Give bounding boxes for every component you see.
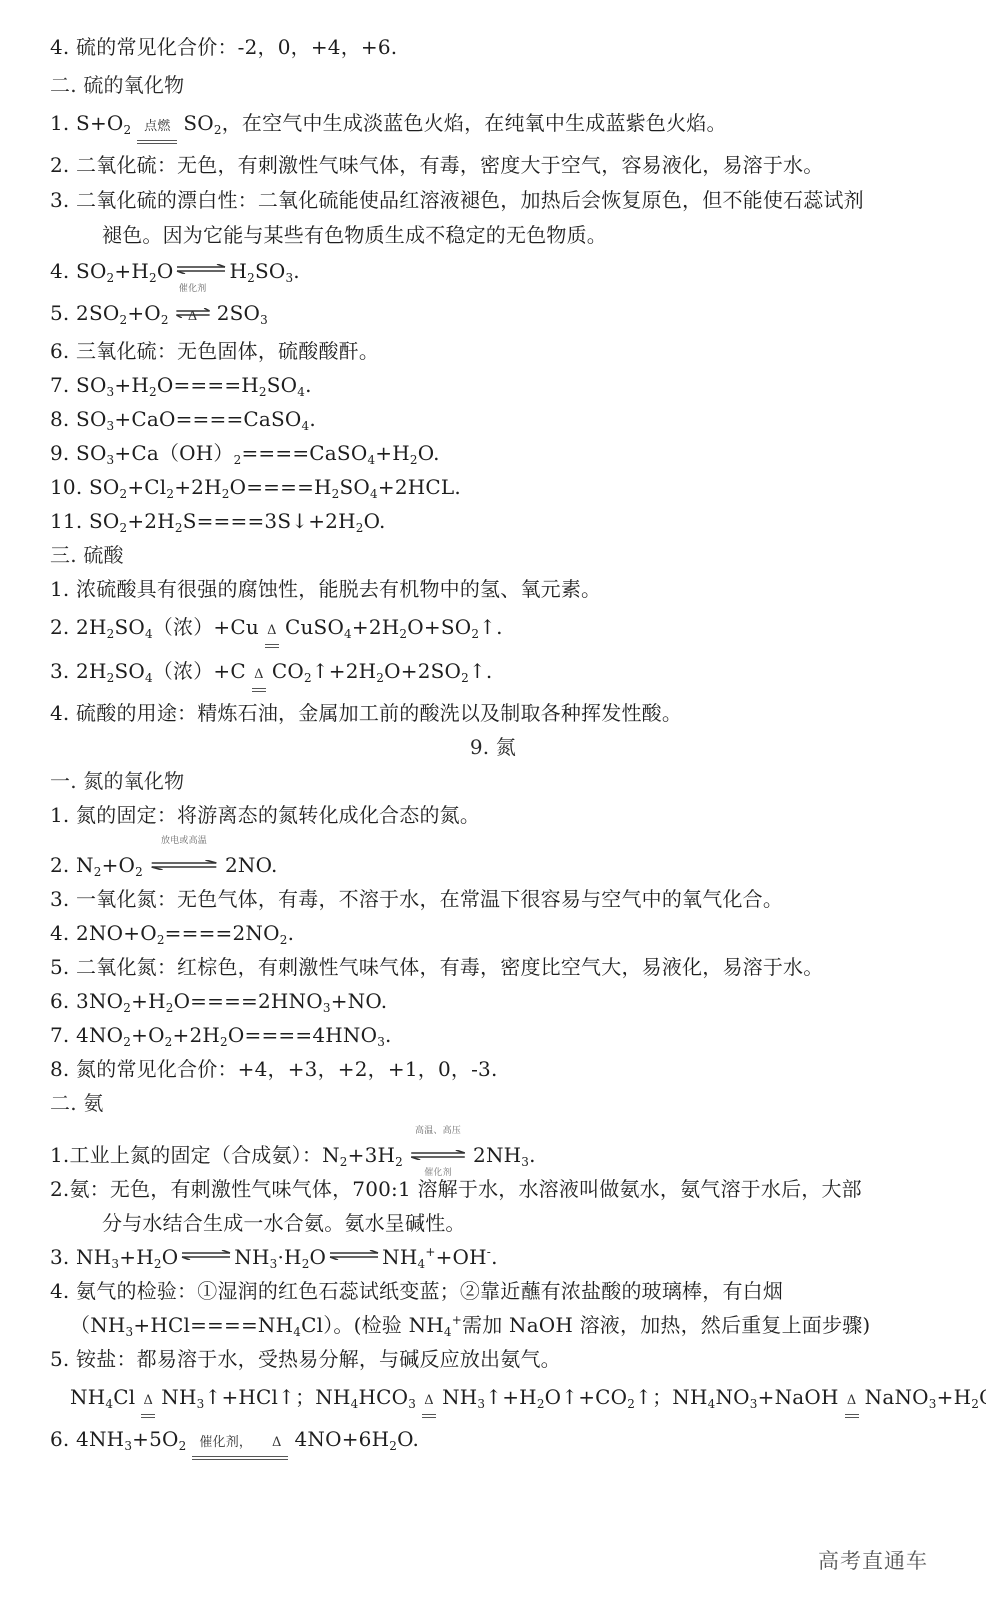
subscript: 3	[124, 1439, 132, 1453]
text-segment: （浓）+C	[153, 659, 246, 683]
subscript: 4	[105, 1397, 113, 1411]
text-segment: O	[162, 1245, 179, 1269]
text-segment: H	[229, 259, 247, 283]
text-segment: +H	[375, 441, 410, 465]
text-line-n-ox-1: 1. 氮的固定：将游离态的氮转化成化合态的氮。	[50, 802, 926, 828]
equals-sign-icon	[141, 1414, 155, 1418]
text-segment: +H	[114, 373, 149, 397]
equals-sign-icon	[252, 688, 266, 692]
text-segment: NH	[70, 1385, 105, 1409]
text-segment: 4. 2NO+O	[50, 921, 157, 945]
text-segment: NH	[382, 1245, 417, 1269]
text-segment: +NO.	[331, 989, 388, 1013]
text-line-s-ox-5: 5. 2SO2+O2催化剂Δ2SO3	[50, 300, 926, 330]
subscript: 2	[356, 521, 364, 535]
condition-top-label: 高温、高压	[407, 1126, 469, 1136]
subscript: 2	[340, 1155, 348, 1169]
text-segment: +O	[102, 853, 136, 877]
text-segment: O	[157, 259, 174, 283]
text-segment: Cl）。(检验 NH	[301, 1313, 444, 1337]
text-segment: ↑.	[469, 659, 493, 683]
reversible-arrow-icon	[175, 264, 227, 274]
text-line-am-5b: NH4ClΔNH3↑+HCl↑；NH4HCO3ΔNH3↑+H2O↑+CO2↑；N…	[70, 1384, 926, 1414]
text-segment: 2. 2H	[50, 615, 107, 639]
reaction-condition: Δ	[250, 658, 268, 688]
text-line-s-ox-3: 3. 二氧化硫的漂白性：二氧化硫能使品红溶液褪色，加热后会恢复原色，但不能使石蕊…	[50, 187, 926, 213]
subscript: 4	[293, 1325, 301, 1339]
text-line-s-ox-8: 8. SO3+CaO====CaSO4.	[50, 406, 926, 432]
text-segment: Cl	[113, 1385, 135, 1409]
text-segment: ↑+H	[485, 1385, 537, 1409]
text-segment: +H	[114, 259, 149, 283]
text-segment: O====4HNO	[228, 1023, 377, 1047]
subscript: 2	[461, 671, 469, 685]
subscript: 2	[220, 1035, 228, 1049]
subscript: 3	[750, 1397, 758, 1411]
subscript: 3	[377, 1035, 385, 1049]
text-segment: 2NO.	[225, 853, 278, 877]
text-line-s-ox-7: 7. SO3+H2O====H2SO4.	[50, 372, 926, 398]
text-line-n-ox-5: 5. 二氧化氮：红棕色，有刺激性气味气体，有毒，密度比空气大，易液化，易溶于水。	[50, 954, 926, 980]
subscript: 2	[304, 671, 312, 685]
subscript: 4	[370, 487, 378, 501]
text-segment: 11. SO	[50, 509, 119, 533]
text-segment: .	[288, 921, 295, 945]
text-segment: SO	[267, 373, 298, 397]
text-segment: 2.氨：无色，有刺激性气味气体，700:1 溶解于水，水溶液叫做氨水，氨气溶于水…	[50, 1177, 862, 1201]
text-segment: 5. 二氧化氮：红棕色，有刺激性气味气体，有毒，密度比空气大，易液化，易溶于水。	[50, 955, 823, 979]
subscript: 2	[971, 1397, 979, 1411]
text-segment: 一. 氮的氧化物	[50, 769, 184, 793]
subscript: 2	[537, 1397, 545, 1411]
text-segment: O+2SO	[384, 659, 461, 683]
text-segment: +2H	[173, 1023, 221, 1047]
text-segment: 分与水结合生成一水合氨。氨水呈碱性。	[102, 1211, 466, 1235]
text-line-s-valence: 4. 硫的常见化合价：-2，0，+4，+6.	[50, 34, 926, 60]
subscript: 3	[323, 1001, 331, 1015]
subscript: 2	[154, 1257, 162, 1271]
subscript: 2	[410, 453, 418, 467]
superscript: +	[425, 1245, 435, 1259]
text-segment: O↑+CO	[545, 1385, 628, 1409]
text-line-n-ox-6: 6. 3NO2+H2O====2HNO3+NO.	[50, 988, 926, 1014]
subscript: 2	[161, 313, 169, 327]
subscript: 2	[627, 1397, 635, 1411]
reaction-condition: Δ	[843, 1384, 861, 1414]
text-segment: ↑.	[479, 615, 503, 639]
text-line-s-ox-2: 2. 二氧化硫：无色，有刺激性气味气体，有毒，密度大于空气，容易液化，易溶于水。	[50, 152, 926, 178]
text-segment: 8. 氮的常见化合价：+4，+3，+2，+1，0，-3.	[50, 1057, 498, 1081]
text-segment: .	[491, 1245, 498, 1269]
text-segment: O+SO	[407, 615, 471, 639]
text-segment: +O	[127, 301, 161, 325]
text-line-am-2b: 分与水结合生成一水合氨。氨水呈碱性。	[102, 1210, 926, 1236]
watermark: 高考直通车	[818, 1545, 928, 1575]
text-segment: SO	[255, 259, 286, 283]
subscript: 3	[929, 1397, 937, 1411]
subscript: 2	[135, 865, 143, 879]
text-line-s-acid-4: 4. 硫酸的用途：精炼石油，金属加工前的酸洗以及制取各种挥发性酸。	[50, 700, 926, 726]
subscript: 3	[521, 1155, 529, 1169]
reaction-condition: Δ	[139, 1384, 157, 1414]
reaction-condition: 催化剂， Δ	[190, 1426, 290, 1456]
text-line-n-oxides-heading: 一. 氮的氧化物	[50, 768, 926, 794]
text-segment: O.	[364, 509, 386, 533]
text-line-s-ox-6: 6. 三氧化硫：无色固体，硫酸酸酐。	[50, 338, 926, 364]
text-segment: +2H	[127, 509, 175, 533]
text-segment: 二. 氨	[50, 1091, 104, 1115]
text-segment: 1. 氮的固定：将游离态的氮转化成化合态的氮。	[50, 803, 480, 827]
text-segment: ，在空气中生成淡蓝色火焰，在纯氧中生成蓝紫色火焰。	[222, 111, 727, 135]
subscript: 2	[124, 123, 132, 137]
text-segment: .	[385, 1023, 392, 1047]
text-segment: ====2NO	[165, 921, 280, 945]
text-segment: 4. 氨气的检验：①湿润的红色石蕊试纸变蓝；②靠近蘸有浓盐酸的玻璃棒，有白烟	[50, 1279, 783, 1303]
subscript: 4	[344, 627, 352, 641]
text-line-s-ox-4: 4. SO2+H2OH2SO3.	[50, 258, 926, 284]
text-line-n-ox-7: 7. 4NO2+O2+2H2O====4HNO3.	[50, 1022, 926, 1048]
text-line-am-1: 1.工业上氮的固定（合成氨）：N2+3H2高温、高压催化剂2NH3.	[50, 1142, 926, 1168]
subscript: 3	[260, 313, 268, 327]
text-segment: HCO	[358, 1385, 408, 1409]
subscript: 2	[94, 865, 102, 879]
text-segment: O====H	[157, 373, 259, 397]
text-segment: 6. 4NH	[50, 1427, 124, 1451]
superscript: +	[452, 1313, 462, 1327]
condition-label: 催化剂， Δ	[199, 1435, 281, 1450]
text-segment: +CaO====CaSO	[114, 407, 301, 431]
subscript: 2	[395, 1155, 403, 1169]
text-segment: O====2HNO	[174, 989, 323, 1013]
text-segment: 6. 3NO	[50, 989, 123, 1013]
equals-sign-icon	[422, 1414, 436, 1418]
subscript: 2	[149, 385, 157, 399]
text-line-am-2: 2.氨：无色，有刺激性气味气体，700:1 溶解于水，水溶液叫做氨水，氨气溶于水…	[50, 1176, 926, 1202]
reversible-arrow-icon	[328, 1250, 380, 1260]
text-segment: 6. 三氧化硫：无色固体，硫酸酸酐。	[50, 339, 379, 363]
text-segment: +O	[131, 1023, 165, 1047]
text-segment: O+NH	[979, 1385, 986, 1409]
text-segment: 3. 二氧化硫的漂白性：二氧化硫能使品红溶液褪色，加热后会恢复原色，但不能使石蕊…	[50, 188, 864, 212]
text-segment: 3. 一氧化氮：无色气体，有毒，不溶于水，在常温下很容易与空气中的氧气化合。	[50, 887, 783, 911]
text-line-s-ox-1: 1. S+O2点燃SO2，在空气中生成淡蓝色火焰，在纯氧中生成蓝紫色火焰。	[50, 110, 926, 140]
document-page: 4. 硫的常见化合价：-2，0，+4，+6.二. 硫的氧化物1. S+O2点燃S…	[0, 0, 986, 1619]
text-segment: S====3S↓+2H	[183, 509, 356, 533]
text-segment: +2H	[352, 615, 400, 639]
text-line-s-oxides-heading: 二. 硫的氧化物	[50, 72, 926, 98]
text-line-n-title: 9. 氮	[0, 734, 986, 760]
subscript: 2	[247, 271, 255, 285]
reversible-arrow-icon	[180, 1250, 232, 1260]
text-segment: ====CaSO	[241, 441, 367, 465]
text-line-n-ox-3: 3. 一氧化氮：无色气体，有毒，不溶于水，在常温下很容易与空气中的氧气化合。	[50, 886, 926, 912]
text-segment: 10. SO	[50, 475, 119, 499]
text-segment: NO	[715, 1385, 749, 1409]
text-segment: +H	[131, 989, 166, 1013]
subscript: 2	[157, 933, 165, 947]
text-segment: NH	[442, 1385, 477, 1409]
text-line-s-acid-1: 1. 浓硫酸具有很强的腐蚀性，能脱去有机物中的氢、氧元素。	[50, 576, 926, 602]
reaction-condition: 催化剂Δ	[173, 300, 213, 330]
text-line-am-4b: （NH3+HCl====NH4Cl）。(检验 NH4+需加 NaOH 溶液，加热…	[70, 1312, 926, 1338]
equals-sign-icon	[192, 1456, 288, 1460]
text-segment: +5O	[132, 1427, 178, 1451]
subscript: 2	[149, 271, 157, 285]
condition-label: Δ	[267, 623, 277, 638]
text-segment: .	[293, 259, 300, 283]
text-line-s-acid-heading: 三. 硫酸	[50, 542, 926, 568]
text-segment: 8. SO	[50, 407, 107, 431]
text-segment: ·H	[277, 1245, 301, 1269]
text-segment: 2NH	[473, 1143, 521, 1167]
text-line-am-5: 5. 铵盐：都易溶于水，受热易分解，与碱反应放出氨气。	[50, 1346, 926, 1372]
text-line-n-ox-4: 4. 2NO+O2====2NO2.	[50, 920, 926, 946]
text-segment: （浓）+Cu	[153, 615, 259, 639]
equals-sign-icon	[265, 644, 279, 648]
reversible-arrow-icon	[409, 1150, 467, 1160]
text-segment: SO	[114, 659, 145, 683]
text-line-n-ox-8: 8. 氮的常见化合价：+4，+3，+2，+1，0，-3.	[50, 1056, 926, 1082]
condition-label: Δ	[424, 1393, 434, 1408]
text-segment: 7. 4NO	[50, 1023, 123, 1047]
subscript: 2	[332, 487, 340, 501]
subscript: 2	[123, 1035, 131, 1049]
text-segment: +Ca（OH）	[114, 441, 233, 465]
text-line-n-ox-2: 2. N2+O2放电或高温2NO.	[50, 852, 926, 878]
text-segment: SO	[114, 615, 145, 639]
subscript: 2	[302, 1257, 310, 1271]
subscript: 2	[222, 487, 230, 501]
subscript: 4	[145, 627, 153, 641]
text-line-s-ox-11: 11. SO2+2H2S====3S↓+2H2O.	[50, 508, 926, 534]
text-segment: 9. SO	[50, 441, 107, 465]
condition-label: Δ	[254, 667, 264, 682]
text-segment: O====H	[230, 475, 332, 499]
text-segment: 需加 NaOH 溶液，加热，然后重复上面步骤)	[462, 1313, 870, 1337]
text-segment: +3H	[348, 1143, 396, 1167]
subscript: 2	[166, 1001, 174, 1015]
text-segment: +2H	[174, 475, 222, 499]
text-segment: NH	[161, 1385, 196, 1409]
text-segment: 1.工业上氮的固定（合成氨）：N	[50, 1143, 340, 1167]
reaction-condition: Δ	[263, 614, 281, 644]
subscript: 2	[175, 521, 183, 535]
text-line-s-acid-3: 3. 2H2SO4（浓）+CΔCO2↑+2H2O+2SO2↑.	[50, 658, 926, 688]
text-segment: +H	[119, 1245, 154, 1269]
subscript: 4	[417, 1257, 425, 1271]
text-segment: 三. 硫酸	[50, 543, 124, 567]
text-segment: ↑+2H	[312, 659, 376, 683]
equals-sign-icon	[845, 1414, 859, 1418]
text-segment: NH	[234, 1245, 269, 1269]
text-segment: 1. 浓硫酸具有很强的腐蚀性，能脱去有机物中的氢、氧元素。	[50, 577, 601, 601]
reaction-condition: 点燃	[135, 110, 179, 140]
subscript: 4	[145, 671, 153, 685]
text-line-am-3: 3. NH3+H2ONH3·H2ONH4++OH-.	[50, 1244, 926, 1270]
text-segment: 9. 氮	[470, 735, 516, 759]
text-segment: CO	[272, 659, 304, 683]
condition-label: Δ	[144, 1393, 154, 1408]
text-segment: 4. 硫的常见化合价：-2，0，+4，+6.	[50, 35, 397, 59]
text-segment: +OH	[436, 1245, 487, 1269]
text-segment: O.	[397, 1427, 419, 1451]
subscript: 2	[389, 1439, 397, 1453]
text-segment: 5. 2SO	[50, 301, 119, 325]
text-segment: ↑；NH	[635, 1385, 708, 1409]
text-line-s-acid-2: 2. 2H2SO4（浓）+CuΔCuSO4+2H2O+SO2↑.	[50, 614, 926, 644]
condition-top-label: 催化剂	[173, 284, 213, 294]
subscript: 2	[376, 671, 384, 685]
subscript: 2	[259, 385, 267, 399]
text-segment: 7. SO	[50, 373, 107, 397]
text-segment: 4. SO	[50, 259, 107, 283]
text-segment: +HCl====NH	[133, 1313, 293, 1337]
text-segment: 2. 二氧化硫：无色，有刺激性气味气体，有毒，密度大于空气，容易液化，易溶于水。	[50, 153, 823, 177]
text-line-s-ox-10: 10. SO2+Cl2+2H2O====H2SO4+2HCL.	[50, 474, 926, 500]
text-segment: O.	[418, 441, 440, 465]
reaction-condition: 放电或高温	[147, 852, 221, 872]
text-segment: +H	[937, 1385, 972, 1409]
condition-label: 点燃	[144, 119, 170, 134]
text-segment: SO	[340, 475, 371, 499]
reaction-condition: Δ	[420, 1384, 438, 1414]
subscript: 3	[408, 1397, 416, 1411]
text-line-s-ox-9: 9. SO3+Ca（OH）2====CaSO4+H2O.	[50, 440, 926, 466]
text-segment: O	[310, 1245, 327, 1269]
text-segment: 3. NH	[50, 1245, 111, 1269]
text-segment: 4. 硫酸的用途：精炼石油，金属加工前的酸洗以及制取各种挥发性酸。	[50, 701, 682, 725]
text-segment: 1. S+O	[50, 111, 124, 135]
reversible-arrow-icon	[149, 860, 219, 870]
subscript: 2	[123, 1001, 131, 1015]
text-segment: .	[309, 407, 316, 431]
text-segment: +2HCL.	[378, 475, 461, 499]
text-segment: .	[305, 373, 312, 397]
text-line-s-ox-3b: 褪色。因为它能与某些有色物质生成不稳定的无色物质。	[102, 222, 926, 248]
subscript: 2	[280, 933, 288, 947]
text-segment: 2. N	[50, 853, 94, 877]
equals-sign-icon	[137, 140, 177, 144]
text-segment: 3. 2H	[50, 659, 107, 683]
text-line-ammonia-heading: 二. 氨	[50, 1090, 926, 1116]
reaction-condition: 高温、高压催化剂	[407, 1142, 469, 1162]
subscript: 2	[165, 1035, 173, 1049]
subscript: 4	[297, 385, 305, 399]
text-segment: 5. 铵盐：都易溶于水，受热易分解，与碱反应放出氨气。	[50, 1347, 561, 1371]
text-line-am-4: 4. 氨气的检验：①湿润的红色石蕊试纸变蓝；②靠近蘸有浓盐酸的玻璃棒，有白烟	[50, 1278, 926, 1304]
subscript: 2	[214, 123, 222, 137]
text-segment: ↑+HCl↑；NH	[204, 1385, 350, 1409]
text-segment: CuSO	[285, 615, 344, 639]
text-segment: .	[529, 1143, 536, 1167]
text-segment: （NH	[70, 1313, 126, 1337]
condition-top-label: 放电或高温	[147, 836, 221, 846]
subscript: 4	[444, 1325, 452, 1339]
text-line-am-6: 6. 4NH3+5O2催化剂， Δ4NO+6H2O.	[50, 1426, 926, 1456]
subscript: 2	[179, 1439, 187, 1453]
text-segment: +NaOH	[758, 1385, 839, 1409]
subscript: 2	[471, 627, 479, 641]
text-segment: 2SO	[217, 301, 260, 325]
text-segment: 4NO+6H	[294, 1427, 389, 1451]
condition-label: Δ	[847, 1393, 857, 1408]
reversible-arrow-icon	[175, 308, 211, 318]
text-segment: 二. 硫的氧化物	[50, 73, 184, 97]
text-segment: +Cl	[127, 475, 166, 499]
text-segment: 褪色。因为它能与某些有色物质生成不稳定的无色物质。	[102, 223, 607, 247]
text-segment: NaNO	[865, 1385, 929, 1409]
text-segment: SO	[183, 111, 214, 135]
